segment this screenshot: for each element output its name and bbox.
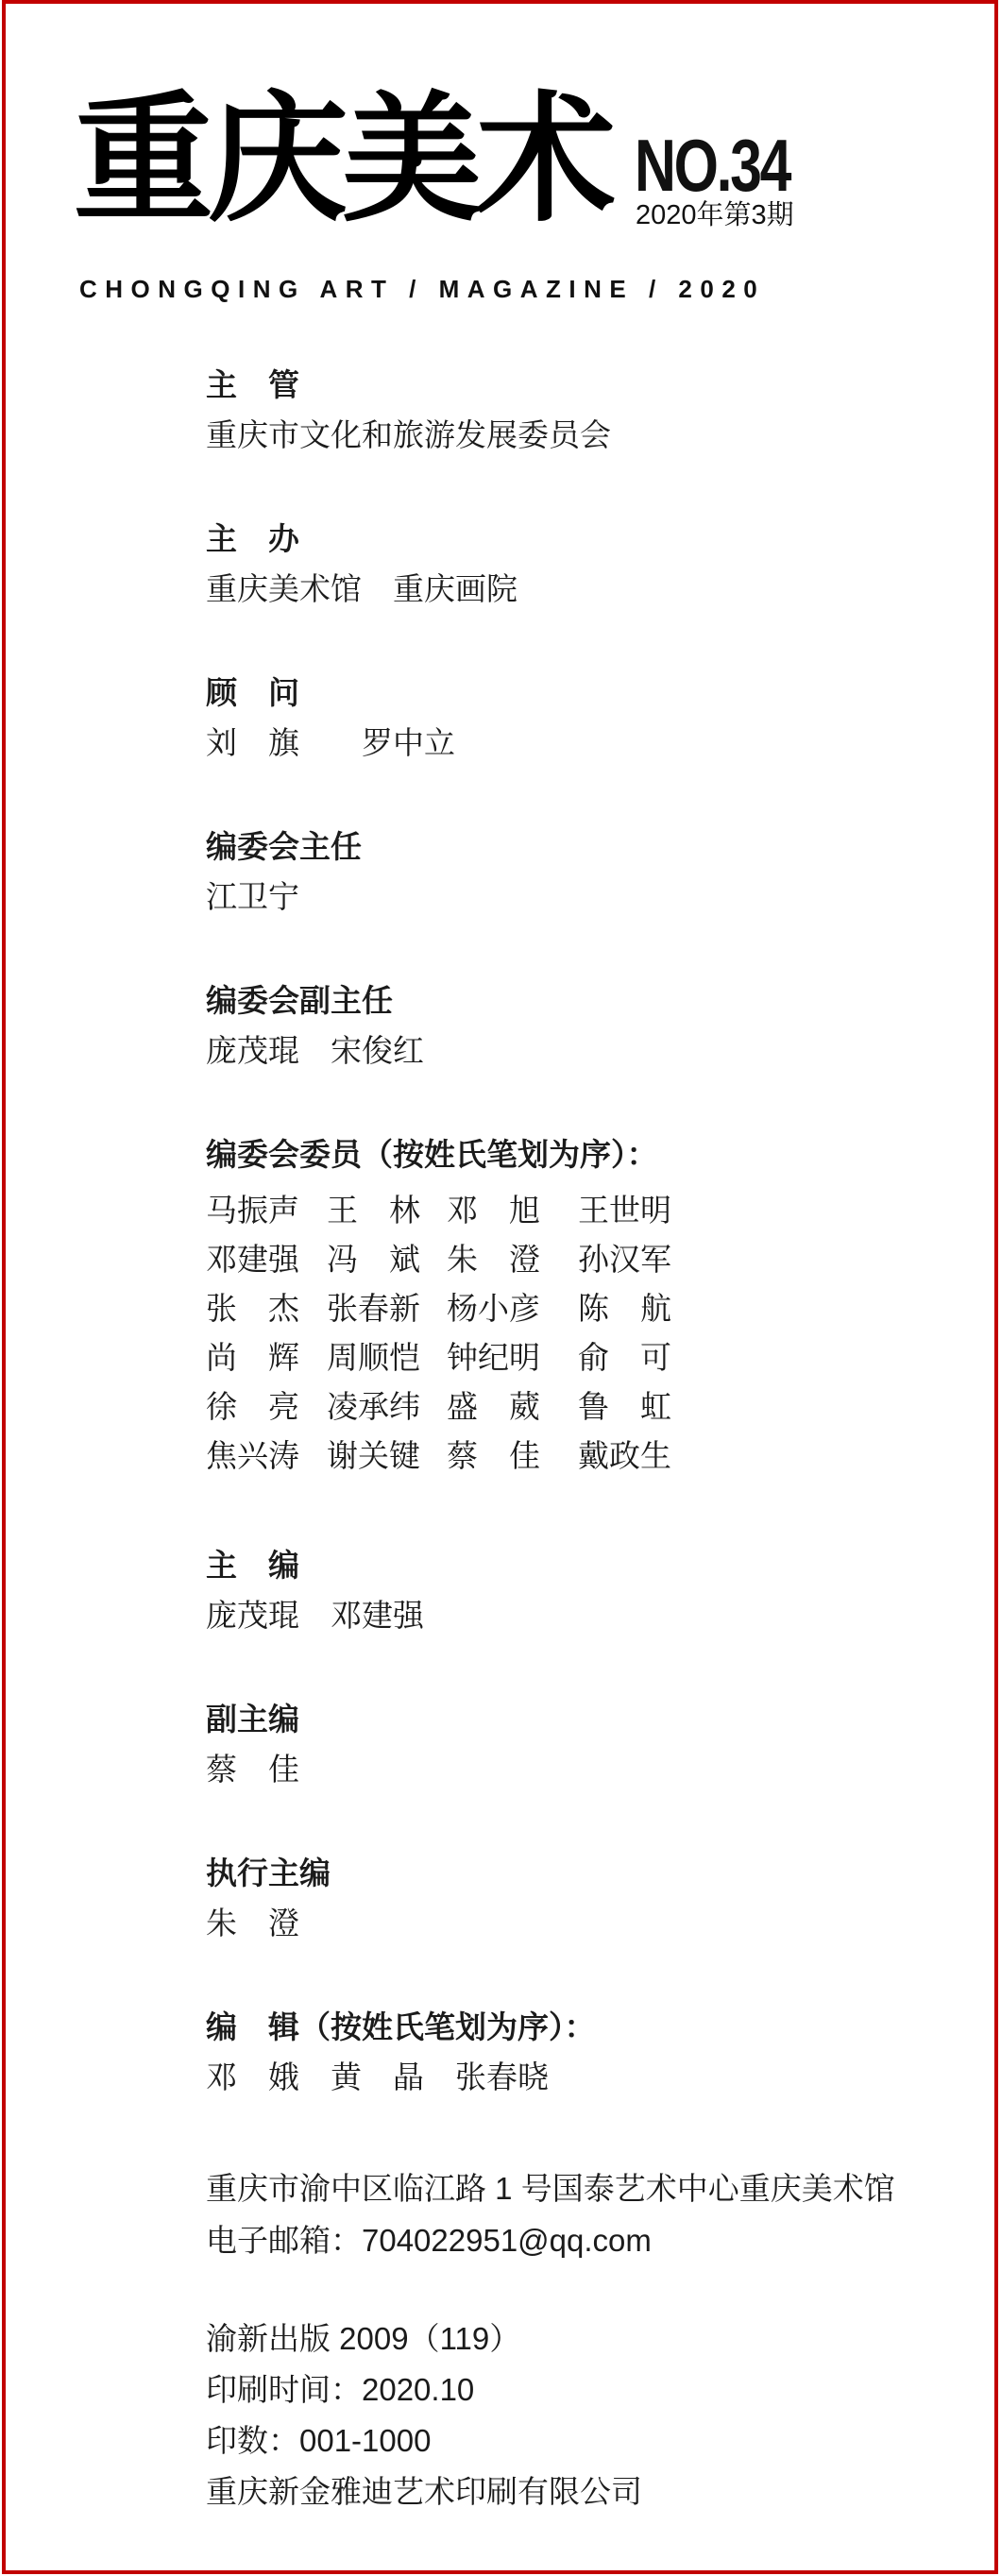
section-value: 江卫宁: [206, 878, 961, 916]
email-line: 电子邮箱：704022951@qq.com: [206, 2214, 961, 2266]
magazine-title: 重庆美术: [74, 81, 610, 242]
member-name: 张 杰: [206, 1284, 327, 1333]
member-name: 凌承纬: [327, 1382, 447, 1432]
printer-line: 重庆新金雅迪艺术印刷有限公司: [206, 2466, 961, 2517]
member-name: 钟纪明: [447, 1333, 578, 1382]
section-label: 编委会委员（按姓氏笔划为序）：: [206, 1136, 961, 1174]
member-name: 鲁 虹: [578, 1382, 961, 1432]
tagline: CHONGQING ART / MAGAZINE / 2020: [79, 275, 765, 304]
section-label: 主 编: [206, 1547, 961, 1585]
section-deputy-editor: 副主编 蔡 佳: [206, 1701, 961, 1788]
member-name: 陈 航: [578, 1284, 961, 1333]
member-name: 朱 澄: [447, 1235, 578, 1284]
publication-block: 渝新出版 2009（119） 印刷时间：2020.10 印数：001-1000 …: [206, 2313, 961, 2517]
section-supervisor: 主 管 重庆市文化和旅游发展委员会: [206, 366, 961, 454]
magazine-colophon-page: 重庆美术 NO.34 2020年第3期 CHONGQING ART / MAGA…: [0, 0, 1001, 2576]
section-advisors: 顾 问 刘 旗 罗中立: [206, 674, 961, 762]
member-name: 谢关键: [327, 1432, 447, 1481]
colophon-content: 主 管 重庆市文化和旅游发展委员会 主 办 重庆美术馆 重庆画院 顾 问 刘 旗…: [206, 366, 961, 2517]
member-name: 焦兴涛: [206, 1432, 327, 1481]
member-name: 周顺恺: [327, 1333, 447, 1382]
member-name: 孙汉军: [578, 1235, 961, 1284]
member-name: 王 林: [327, 1186, 447, 1235]
member-name: 徐 亮: [206, 1382, 327, 1432]
issue-number: NO.34: [635, 128, 789, 202]
member-name: 马振声: [206, 1186, 327, 1235]
member-name: 张春新: [327, 1284, 447, 1333]
member-name: 尚 辉: [206, 1333, 327, 1382]
section-value: 庞茂琨 邓建强: [206, 1597, 961, 1635]
member-row: 尚 辉 周顺恺 钟纪明 俞 可: [206, 1333, 961, 1382]
member-name: 蔡 佳: [447, 1432, 578, 1481]
member-name: 俞 可: [578, 1333, 961, 1382]
section-label: 编委会副主任: [206, 982, 961, 1020]
license-line: 渝新出版 2009（119）: [206, 2313, 961, 2364]
section-board-deputy: 编委会副主任 庞茂琨 宋俊红: [206, 982, 961, 1070]
section-value: 蔡 佳: [206, 1751, 961, 1788]
section-board-director: 编委会主任 江卫宁: [206, 828, 961, 916]
member-name: 邓 旭: [447, 1186, 578, 1235]
section-label: 主 办: [206, 520, 961, 558]
section-value: 朱 澄: [206, 1905, 961, 1942]
section-value: 刘 旗 罗中立: [206, 724, 961, 762]
address-line: 重庆市渝中区临江路 1 号国泰艺术中心重庆美术馆: [206, 2162, 961, 2214]
section-value: 重庆美术馆 重庆画院: [206, 570, 961, 608]
section-value: 重庆市文化和旅游发展委员会: [206, 416, 961, 454]
member-row: 马振声 王 林 邓 旭 王世明: [206, 1186, 961, 1235]
section-editors: 编 辑（按姓氏笔划为序）： 邓 娥 黄 晶 张春晓: [206, 2008, 961, 2096]
section-chief-editor: 主 编 庞茂琨 邓建强: [206, 1547, 961, 1635]
member-row: 邓建强 冯 斌 朱 澄 孙汉军: [206, 1235, 961, 1284]
section-value: 邓 娥 黄 晶 张春晓: [206, 2059, 961, 2096]
issue-date: 2020年第3期: [636, 199, 794, 232]
print-date-line: 印刷时间：2020.10: [206, 2364, 961, 2415]
member-name: 盛 葳: [447, 1382, 578, 1432]
member-name: 戴政生: [578, 1432, 961, 1481]
section-label: 主 管: [206, 366, 961, 404]
section-value: 庞茂琨 宋俊红: [206, 1032, 961, 1070]
member-name: 王世明: [578, 1186, 961, 1235]
member-row: 焦兴涛 谢关键 蔡 佳 戴政生: [206, 1432, 961, 1481]
section-label: 编委会主任: [206, 828, 961, 866]
member-row: 徐 亮 凌承纬 盛 葳 鲁 虹: [206, 1382, 961, 1432]
member-row: 张 杰 张春新 杨小彦 陈 航: [206, 1284, 961, 1333]
section-label: 编 辑（按姓氏笔划为序）：: [206, 2008, 961, 2046]
section-executive-editor: 执行主编 朱 澄: [206, 1855, 961, 1942]
print-run-line: 印数：001-1000: [206, 2415, 961, 2466]
section-label: 副主编: [206, 1701, 961, 1738]
contact-block: 重庆市渝中区临江路 1 号国泰艺术中心重庆美术馆 电子邮箱：704022951@…: [206, 2162, 961, 2266]
member-name: 邓建强: [206, 1235, 327, 1284]
member-name: 杨小彦: [447, 1284, 578, 1333]
section-label: 顾 问: [206, 674, 961, 712]
member-name: 冯 斌: [327, 1235, 447, 1284]
section-label: 执行主编: [206, 1855, 961, 1892]
section-organizer: 主 办 重庆美术馆 重庆画院: [206, 520, 961, 608]
section-board-members: 编委会委员（按姓氏笔划为序）： 马振声 王 林 邓 旭 王世明 邓建强 冯 斌 …: [206, 1136, 961, 1481]
